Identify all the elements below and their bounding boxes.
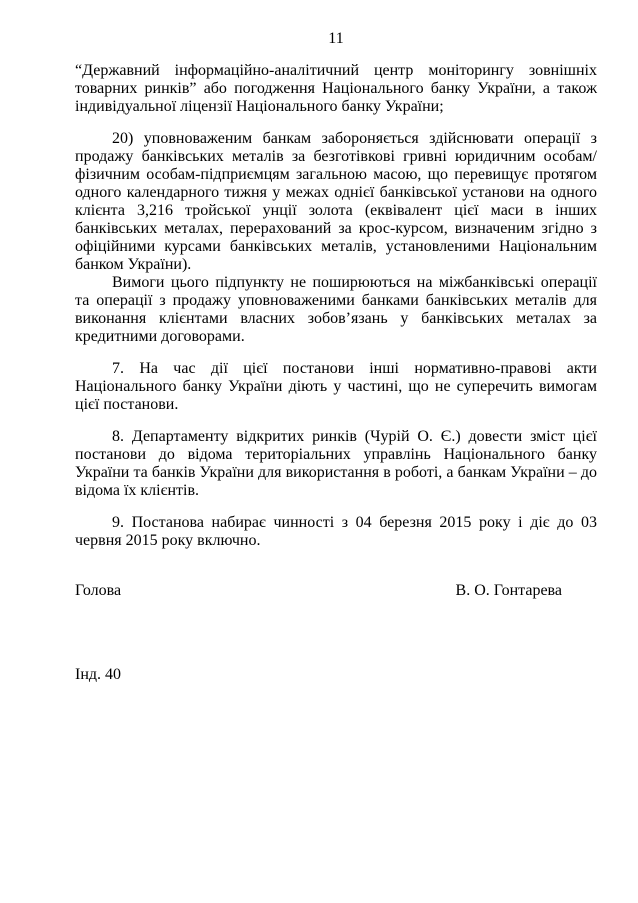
paragraph-point-8: 8. Департаменту відкритих ринків (Чурій … bbox=[75, 428, 597, 500]
document-index: Інд. 40 bbox=[75, 666, 597, 684]
page-number: 11 bbox=[75, 30, 597, 48]
paragraph-continuation: “Державний інформаційно-аналітичний цент… bbox=[75, 62, 597, 116]
document-body: “Державний інформаційно-аналітичний цент… bbox=[75, 62, 597, 684]
paragraph-subpoint-20: 20) уповноваженим банкам забороняється з… bbox=[75, 130, 597, 274]
signature-role: Голова bbox=[75, 582, 121, 600]
document-page: 11 “Державний інформаційно-аналітичний ц… bbox=[0, 0, 638, 903]
paragraph-point-9: 9. Постанова набирає чинності з 04 берез… bbox=[75, 514, 597, 550]
signature-row: Голова В. О. Гонтарева bbox=[75, 582, 597, 600]
paragraph-point-7: 7. На час дії цієї постанови інші нормат… bbox=[75, 360, 597, 414]
paragraph-subpoint-20-note: Вимоги цього підпункту не поширюються на… bbox=[75, 274, 597, 346]
signature-name: В. О. Гонтарева bbox=[456, 582, 562, 600]
